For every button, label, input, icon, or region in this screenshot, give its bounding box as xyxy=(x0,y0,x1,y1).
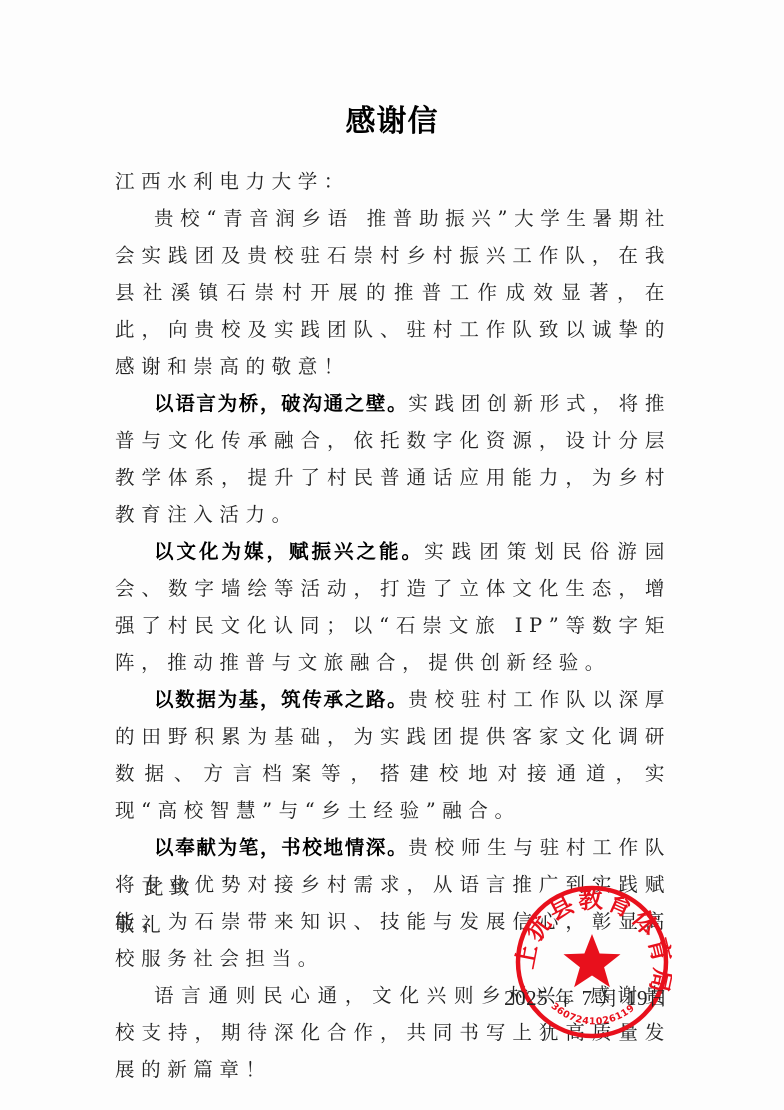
paragraph-lead: 以语言为桥，破沟通之壁。 xyxy=(154,392,408,415)
official-seal-icon: 上犹县教育体育局 3607241026119 xyxy=(512,882,672,1042)
closing-line-1: 此致 xyxy=(144,869,196,906)
date-day-char: 日 xyxy=(648,987,668,1010)
letter-date: 2025 年 7 月 19日 xyxy=(504,980,668,1017)
paragraph-lead: 以数据为基，筑传承之路。 xyxy=(154,688,408,711)
salutation: 江西水利电力大学： xyxy=(115,163,671,200)
closing-line-2: 敬礼 xyxy=(115,906,167,943)
paragraph-culture: 以文化为媒，赋振兴之能。实践团策划民俗游园会、数字墙绘等活动，打造了立体文化生态… xyxy=(115,533,671,681)
paragraph-text: 贵校“青音润乡语 推普助振兴”大学生暑期社会实践团及贵校驻石崇村乡村振兴工作队，… xyxy=(115,207,671,378)
paragraph-language: 以语言为桥，破沟通之壁。实践团创新形式，将推普与文化传承融合，依托数字化资源，设… xyxy=(115,385,671,533)
paragraph-lead: 以文化为媒，赋振兴之能。 xyxy=(154,540,424,563)
paragraph-data: 以数据为基，筑传承之路。贵校驻村工作队以深厚的田野积累为基础，为实践团提供客家文… xyxy=(115,681,671,829)
letter-title: 感谢信 xyxy=(0,102,784,142)
paragraph-intro: 贵校“青音润乡语 推普助振兴”大学生暑期社会实践团及贵校驻石崇村乡村振兴工作队，… xyxy=(115,200,671,385)
date-year-char: 年 xyxy=(555,987,575,1010)
paragraph-lead: 以奉献为笔，书校地情深。 xyxy=(154,836,408,859)
date-day: 19 xyxy=(626,986,648,1010)
letter-page: 感谢信 江西水利电力大学： 贵校“青音润乡语 推普助振兴”大学生暑期社会实践团及… xyxy=(0,0,784,1110)
date-year: 2025 xyxy=(504,986,548,1010)
date-month: 7 xyxy=(582,986,593,1010)
date-month-char: 月 xyxy=(599,987,619,1010)
